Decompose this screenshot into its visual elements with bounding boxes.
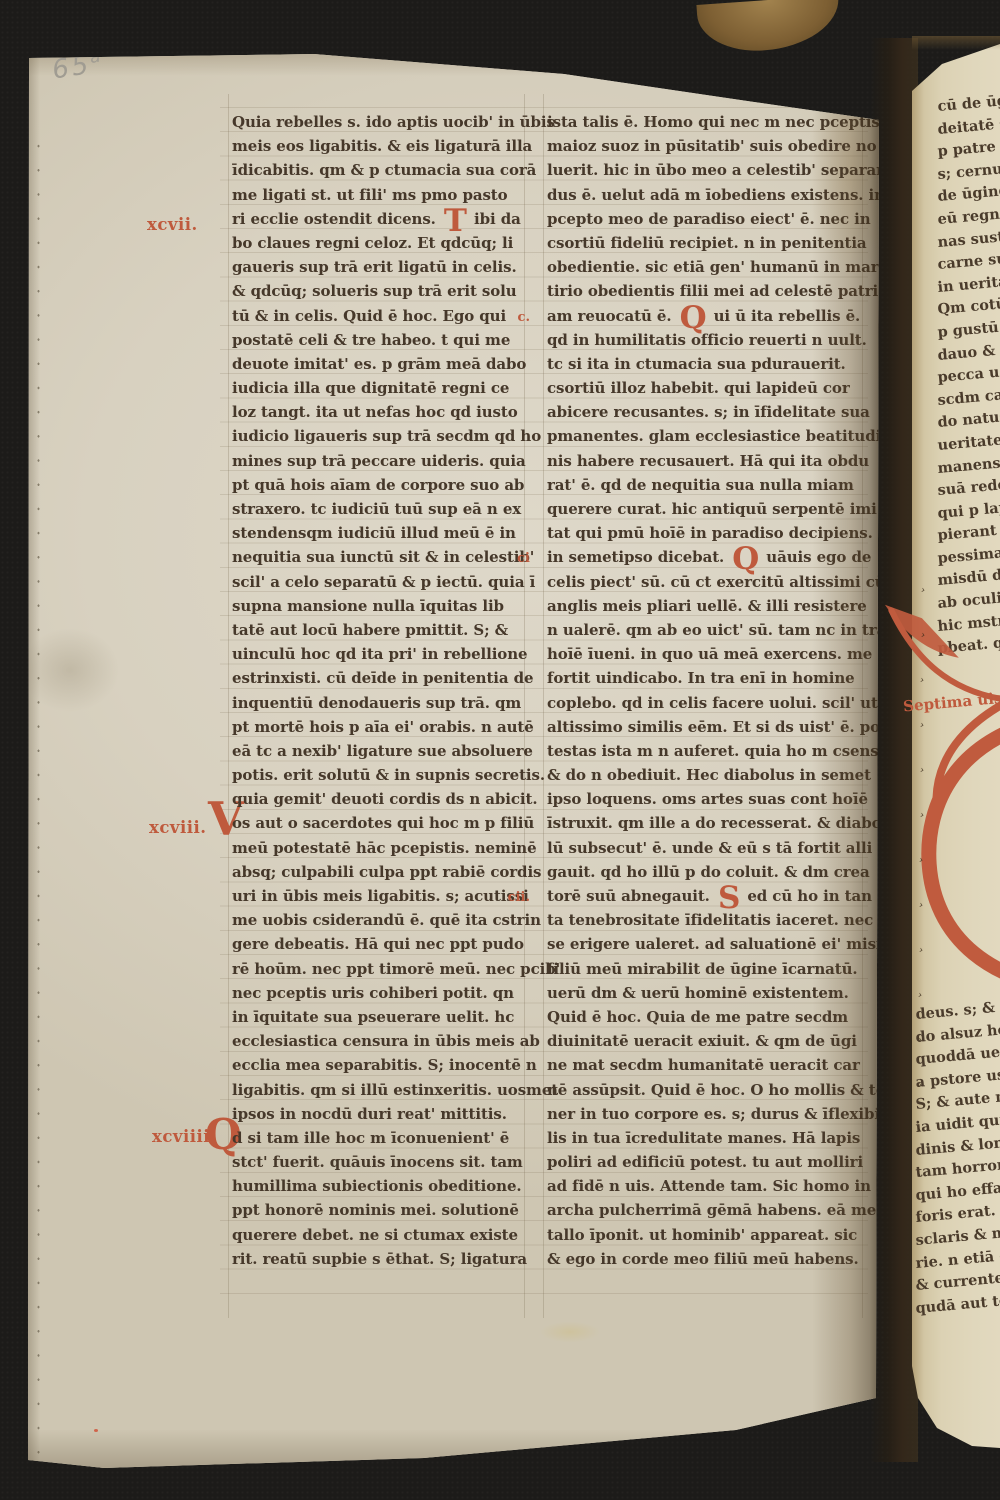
text-line: uinculū hoc qd ita pri' in rebellione <box>232 642 524 666</box>
page-left-edge-shading <box>24 50 40 1475</box>
text-line: inquentiū denodaueris sup trā. qm <box>232 691 524 715</box>
margin-red-mark: ci <box>517 547 530 571</box>
text-line: me uobis csiderandū ē. quē ita cstrin <box>232 908 524 932</box>
column-guide-line <box>543 94 544 1318</box>
text-line: & qdcūq; solueris sup trā erit solu <box>232 279 524 303</box>
text-line: rit. reatū supbie s ēthat. S; ligatura <box>232 1247 524 1271</box>
text-line: deuote imitat' es. p grām meā dabo <box>232 352 524 376</box>
text-line: iudicia illa que dignitatē regni ce <box>232 376 524 400</box>
text-line: ecclesiastica censura in ūbis meis ab <box>232 1029 524 1053</box>
text-line: humillima subiectionis obeditione. <box>232 1174 524 1198</box>
text-line: estrinxisti. cū deīde in penitentia de <box>232 666 524 690</box>
text-line: mines sup trā peccare uideris. quia <box>232 449 524 473</box>
margin-red-mark: cii. <box>508 886 530 910</box>
text-line: loz tangt. ita ut nefas hoc qd iusto <box>232 400 524 424</box>
text-line: os aut o sacerdotes qui hoc m p filiū <box>232 811 524 835</box>
text-line: ppt honorē nominis mei. solutionē <box>232 1198 524 1222</box>
text-line: d si tam ille hoc m īconuenient' ē <box>232 1126 524 1150</box>
text-line: ipsos in nocdū duri reat' mittitis. <box>232 1102 524 1126</box>
text-line: stct' fuerit. quāuis īnocens sit. tam <box>232 1150 524 1174</box>
text-line: ri ecclie ostendit dicens. T ibi da <box>232 207 524 231</box>
text-line: absq; culpabili culpa ppt rabiē cordis <box>232 860 524 884</box>
chapter-number-xcviii: xcviii. <box>149 818 207 837</box>
page-top-shading <box>24 50 882 76</box>
text-line: straxero. tc iudiciū tuū sup eā n ex <box>232 497 524 521</box>
text-line: gaueris sup trā erit ligatū in celis. <box>232 255 524 279</box>
text-line: iudicio ligaueris sup trā secdm qd ho <box>232 424 524 448</box>
text-line: eā tc a nexib' ligature sue absoluere <box>232 739 524 763</box>
text-line: nec pceptis uris cohiberi potit. qn <box>232 981 524 1005</box>
text-line: uri in ūbis meis ligabitis. s; acutissi … <box>232 884 524 908</box>
text-line: quia gemit' deuoti cordis ds n abicit. <box>232 787 524 811</box>
red-ink-speck <box>94 1429 98 1432</box>
text-line: ecclia mea separabitis. S; inocentē n <box>232 1053 524 1077</box>
text-line: stendensqm iudiciū illud meū ē in <box>232 521 524 545</box>
manuscript-left-page: 65a xcvii. xcviii. xcviiii. V Q Quia reb… <box>24 50 882 1475</box>
text-line: nequitia sua iunctū sit & in celestib' c… <box>232 545 524 569</box>
text-line: meis eos ligabitis. & eis ligaturā illa <box>232 134 524 158</box>
next-page-text-lower: deus. s; & corā ludo alsuz hoūmquoddā ue… <box>916 1006 1000 1322</box>
text-line: īdicabitis. qm & p ctumacia sua corā <box>232 158 524 182</box>
next-page-text-upper: cū de ūgine īcardeitatē salutē mp patre … <box>938 98 1000 663</box>
text-line: supna mansione nulla īquitas lib <box>232 594 524 618</box>
text-line: ligabitis. qm si illū estinxeritis. uosm… <box>232 1078 524 1102</box>
text-line: pt quā hois aīam de corpore suo ab <box>232 473 524 497</box>
text-line: bo claues regni celoz. Et qdcūq; li <box>232 231 524 255</box>
text-line: pt mortē hois p aīa ei' orabis. n autē <box>232 715 524 739</box>
text-line: postatē celi & tre habeo. t qui me <box>232 328 524 352</box>
page-bottom-shading <box>24 1429 882 1475</box>
chapter-number-xcvii: xcvii. <box>147 215 198 234</box>
text-line: scil' a celo separatū & p iectū. quia ī <box>232 570 524 594</box>
column-guide-line <box>524 94 525 1318</box>
text-line: querere debet. ne si ctumax existe <box>232 1223 524 1247</box>
text-line: gere debeatis. Hā qui nec ppt pudo <box>232 932 524 956</box>
text-line: tū & in celis. Quid ē hoc. Ego qui c. <box>232 304 524 328</box>
folio-number: 65a <box>50 46 107 85</box>
text-line: rē hoūm. nec ppt timorē meū. nec pcib' <box>232 957 524 981</box>
text-line: tatē aut locū habere pmittit. S; & <box>232 618 524 642</box>
text-column-left: Quia rebelles s. ido aptis uocib' in ūbi… <box>232 110 524 1271</box>
manuscript-photograph: { "page": { "folio": {"number": "65", "s… <box>0 0 1000 1500</box>
text-line: me ligati st. ut fili' ms pmo pasto <box>232 183 524 207</box>
next-page-top-edge <box>912 36 1000 50</box>
page-edge-stain <box>696 0 841 55</box>
text-line: potis. erit solutū & in supnis secretis. <box>232 763 524 787</box>
text-line: Quia rebelles s. ido aptis uocib' in ūbi… <box>232 110 524 134</box>
text-line: meū potestatē hāc pcepistis. neminē <box>232 836 524 860</box>
margin-red-mark: c. <box>518 306 530 330</box>
text-line: in īquitate sua pseuerare uelit. hc <box>232 1005 524 1029</box>
